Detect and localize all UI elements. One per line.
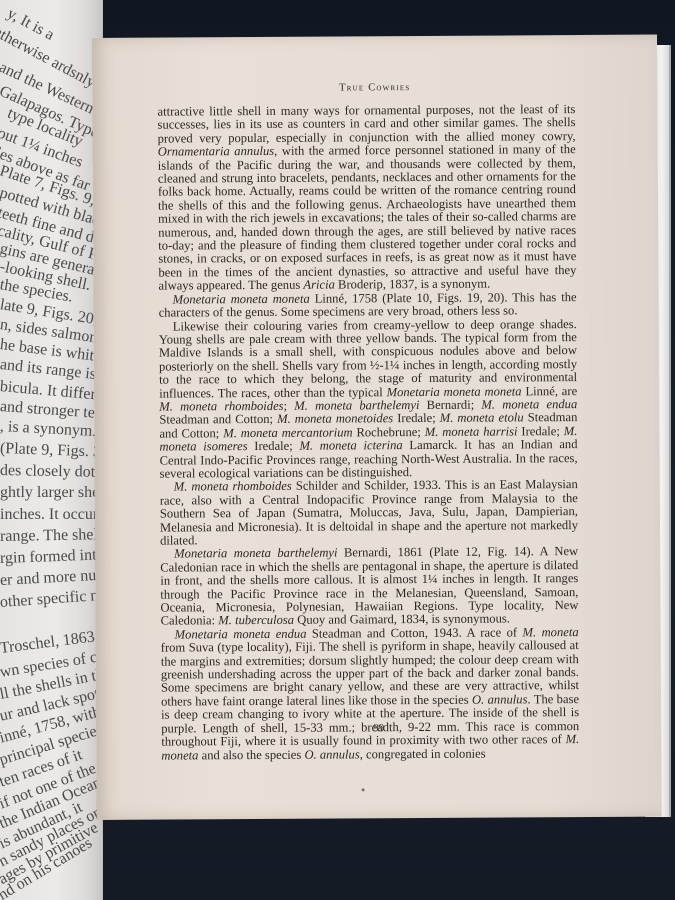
italic-taxon: Aricia: [303, 278, 335, 292]
right-page: True Cowries attractive little shell in …: [92, 35, 662, 820]
text-run: attractive little shell in many ways for…: [157, 102, 575, 145]
left-page-text-fragment: inches. It occurs in: [0, 506, 103, 524]
paragraph: Monetaria moneta barthelemyi Bernardi, 1…: [160, 545, 578, 628]
text-run: Rochebrune;: [353, 425, 425, 439]
paper-speck: [362, 788, 365, 791]
left-page-text-fragment: des closely dotted with: [0, 462, 103, 483]
text-run: , with the armed force personnel station…: [158, 142, 577, 293]
text-run: and also the species: [198, 747, 304, 762]
text-run: Bernardi;: [419, 398, 481, 412]
left-page-text-fragment: , is a synonym.: [0, 418, 97, 441]
paragraph: Monetaria moneta moneta Linné, 1758 (Pla…: [159, 291, 577, 320]
italic-taxon: M. moneta monetoides: [277, 412, 393, 427]
text-run: ;: [284, 399, 295, 413]
paragraph: M. moneta rhomboides Schilder and Schild…: [160, 478, 578, 548]
italic-taxon: Ornamentaria annulus: [158, 144, 275, 159]
left-page-text-fragment: ghtly larger shell than: [0, 484, 103, 502]
italic-taxon: O. annulus: [304, 747, 359, 761]
text-run: Iredale;: [393, 411, 440, 425]
left-page-text-fragment: er and more numerous: [0, 565, 103, 590]
text-run: Linné, are: [522, 384, 578, 398]
left-page-curled: y, It is antherwise ardsnlyand the Weste…: [0, 0, 103, 900]
italic-taxon: M. moneta: [522, 625, 578, 639]
text-run: Iredale;: [248, 439, 300, 453]
italic-taxon: M. moneta endua: [481, 397, 577, 412]
left-page-text-fragment: range. The shell also: [0, 526, 103, 546]
italic-taxon: M. moneta icterina: [299, 438, 402, 453]
italic-taxon: M. moneta harrisi: [425, 424, 518, 439]
paragraph: attractive little shell in many ways for…: [157, 103, 576, 293]
left-page-text-fragment: (Plate 9, Figs. 38, 39): [0, 440, 103, 463]
body-text: attractive little shell in many ways for…: [157, 103, 579, 762]
text-run: , congregated in colonies: [360, 746, 486, 761]
italic-taxon: M. tuberculosa: [218, 613, 294, 627]
text-run: Steadman and Cotton;: [159, 412, 277, 427]
paragraph: Likewise their colouring varies from cre…: [159, 318, 578, 481]
paragraph: Monetaria moneta endua Steadman and Cott…: [161, 626, 580, 763]
text-run: Iredale;: [517, 424, 563, 438]
italic-taxon: M. moneta etolu: [440, 411, 524, 426]
running-head: True Cowries: [92, 81, 657, 95]
left-page-text-fragment: rgin formed into a: [0, 546, 103, 568]
italic-taxon: O. annulus: [472, 692, 528, 706]
